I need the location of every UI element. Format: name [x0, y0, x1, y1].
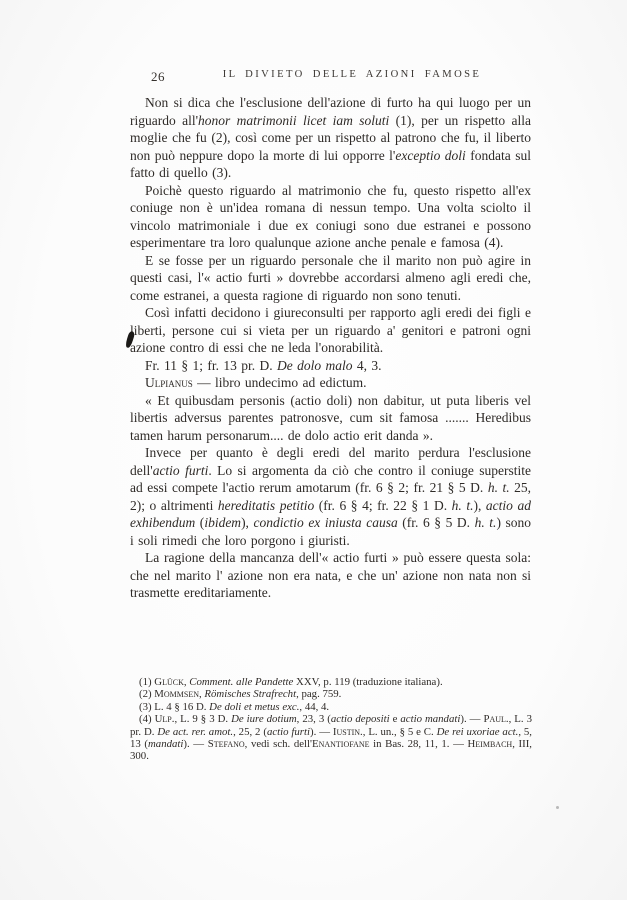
paragraph: Così infatti decidono i giureconsulti pe…: [130, 304, 531, 357]
footnote: (4) Ulp., L. 9 § 3 D. De iure dotium, 23…: [130, 713, 532, 763]
italic-text: actio furti: [267, 726, 310, 738]
text-run: (4): [139, 713, 155, 725]
italic-text: mandati: [148, 738, 183, 750]
smallcaps-name: Stefano: [208, 738, 245, 750]
italic-text: h. t.: [475, 515, 497, 530]
paragraph: Invece per quanto è degli eredi del mari…: [130, 444, 531, 549]
paragraph: E se fosse per un riguardo personale che…: [130, 252, 531, 305]
italic-text: De doli et metus exc.: [209, 701, 299, 713]
text-run: (fr. 6 § 4; fr. 22 § 1 D.: [314, 498, 451, 513]
text-run: (fr. 6 § 5 D.: [398, 515, 475, 530]
italic-text: h. t.: [452, 498, 474, 513]
text-run: , 25, 2 (: [233, 726, 267, 738]
text-run: , 44, 4.: [299, 701, 329, 713]
footnote: (1) Glück, Comment. alle Pandette XXV, p…: [130, 676, 532, 688]
text-run: in Bas. 28, 11, 1. —: [370, 738, 468, 750]
paragraph: Poichè questo riguardo al matrimonio che…: [130, 182, 531, 252]
italic-text: actio furti: [153, 463, 209, 478]
text-run: (: [195, 515, 204, 530]
italic-text: actio depositi: [331, 713, 390, 725]
smallcaps-name: Glück: [154, 676, 184, 688]
footnote: (2) Mommsen, Römisches Strafrecht, pag. …: [130, 688, 532, 700]
italic-text: Römisches Strafrecht: [204, 688, 296, 700]
italic-text: condictio ex iniusta causa: [254, 515, 398, 530]
text-run: Così infatti decidono i giureconsulti pe…: [130, 305, 531, 355]
footnotes: (1) Glück, Comment. alle Pandette XXV, p…: [130, 676, 532, 763]
footnote: (3) L. 4 § 16 D. De doli et metus exc., …: [130, 701, 532, 713]
text-run: — libro undecimo ad edictum.: [193, 375, 367, 390]
smallcaps-name: Iustin.: [333, 726, 363, 738]
italic-text: De rei uxoriae act.: [437, 726, 519, 738]
smallcaps-name: Ulpianus: [145, 375, 193, 390]
text-run: , vedi sch. dell': [245, 738, 312, 750]
text-run: , L. un., § 5 e C.: [363, 726, 437, 738]
text-run: ). —: [460, 713, 483, 725]
paragraph: La ragione della mancanza dell'« actio f…: [130, 549, 531, 602]
text-run: Fr. 11 § 1; fr. 13 pr. D.: [145, 358, 277, 373]
smallcaps-name: Ulp.: [155, 713, 175, 725]
italic-text: honor matrimonii licet iam soluti: [198, 113, 389, 128]
paragraph: « Et quibusdam personis (actio doli) non…: [130, 392, 531, 445]
page-number: 26: [151, 69, 165, 85]
page-header: 26 IL DIVIETO DELLE AZIONI FAMOSE: [130, 69, 532, 87]
italic-text: exceptio doli: [395, 148, 465, 163]
italic-text: Comment. alle Pandette: [189, 676, 293, 688]
text-run: e: [390, 713, 401, 725]
text-run: (3) L. 4 § 16 D.: [139, 701, 209, 713]
text-run: , L. 9 § 3 D.: [174, 713, 231, 725]
text-run: (1): [139, 676, 154, 688]
text-run: E se fosse per un riguardo personale che…: [130, 253, 531, 303]
italic-text: De dolo malo: [277, 358, 353, 373]
smallcaps-name: Heimbach: [468, 738, 513, 750]
smallcaps-name: Enantiofane: [312, 738, 370, 750]
text-run: Poichè questo riguardo al matrimonio che…: [130, 183, 531, 251]
smallcaps-name: Mommsen: [154, 688, 199, 700]
smallcaps-name: Paul.: [483, 713, 508, 725]
text-run: ),: [241, 515, 253, 530]
text-run: , pag. 759.: [296, 688, 341, 700]
text-run: XXV, p. 119 (traduzione italiana).: [293, 676, 442, 688]
italic-text: De act. rer. amot.: [157, 726, 233, 738]
text-run: ). —: [183, 738, 207, 750]
text-run: , 23, 3 (: [297, 713, 331, 725]
paragraph: Non si dica che l'esclusione dell'azione…: [130, 94, 531, 182]
body-text: Non si dica che l'esclusione dell'azione…: [130, 94, 531, 602]
text-run: La ragione della mancanza dell'« actio f…: [130, 550, 531, 600]
text-run: ). —: [310, 726, 333, 738]
italic-text: hereditatis petitio: [218, 498, 314, 513]
italic-text: actio mandati: [400, 713, 460, 725]
running-title: IL DIVIETO DELLE AZIONI FAMOSE: [172, 69, 532, 80]
italic-text: De iure dotium: [231, 713, 297, 725]
italic-text: ibidem: [204, 515, 241, 530]
text-run: (2): [139, 688, 154, 700]
book-page: 26 IL DIVIETO DELLE AZIONI FAMOSE Non si…: [0, 0, 627, 900]
paragraph: Fr. 11 § 1; fr. 13 pr. D. De dolo malo 4…: [130, 357, 531, 375]
text-run: ),: [473, 498, 485, 513]
scan-speck: [556, 806, 559, 809]
text-run: 4, 3.: [353, 358, 382, 373]
text-run: « Et quibusdam personis (actio doli) non…: [130, 393, 531, 443]
paragraph: Ulpianus — libro undecimo ad edictum.: [130, 374, 531, 392]
italic-text: h. t.: [488, 480, 510, 495]
